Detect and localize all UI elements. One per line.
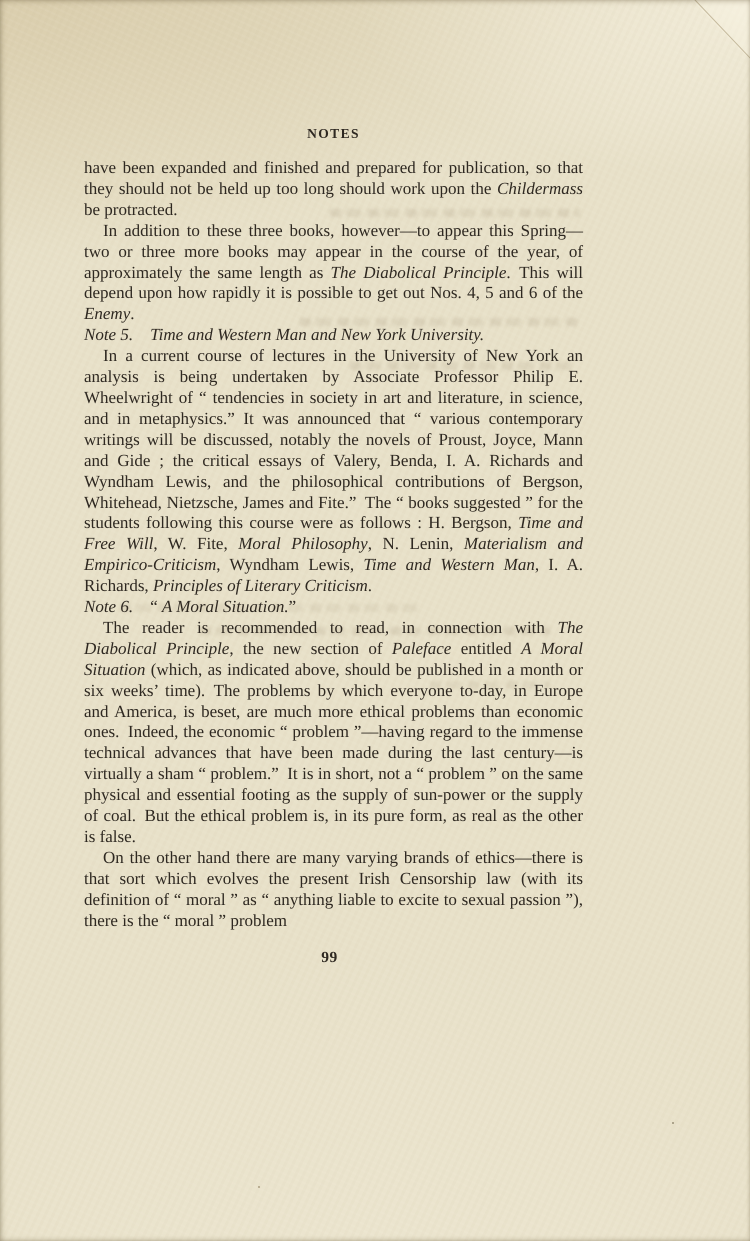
text-run: Time and Western Man: [363, 555, 534, 574]
paragraph: In a current course of lectures in the U…: [84, 346, 583, 597]
note6-body: The reader is recommended to read, in co…: [84, 618, 583, 932]
text-run: Note 5.: [84, 325, 133, 344]
text-run: Paleface: [392, 639, 451, 658]
text-run: .: [368, 576, 372, 595]
text-run: , W. Fite,: [153, 534, 238, 553]
paragraph: In addition to these three books, howeve…: [84, 221, 583, 326]
text-run: A Moral Situation.: [162, 597, 289, 616]
paragraph: have been expanded and finished and prep…: [84, 158, 583, 221]
note5-heading: Note 5. Time and Western Man and New Yor…: [84, 325, 583, 346]
text-run: On the other hand there are many varying…: [84, 848, 583, 930]
text-run: Enemy: [84, 304, 130, 323]
note5-body: In a current course of lectures in the U…: [84, 346, 583, 597]
page-text-column: have been expanded and finished and prep…: [84, 158, 583, 968]
text-run: Principles of Literary Criticism: [153, 576, 368, 595]
text-run: entitled: [451, 639, 521, 658]
text-run: , N. Lenin,: [368, 534, 464, 553]
paragraph: The reader is recommended to read, in co…: [84, 618, 583, 848]
text-run: “: [133, 597, 162, 616]
text-run: ”: [289, 597, 297, 616]
text-run: be protracted.: [84, 200, 177, 219]
page-number: 99: [84, 948, 583, 969]
text-run: The Diabolical Principle: [331, 263, 507, 282]
text-run: Note 6.: [84, 597, 133, 616]
text-run: [133, 325, 150, 344]
paper-speck: [258, 1186, 260, 1188]
text-run: .: [130, 304, 134, 323]
text-run: Moral Philosophy: [238, 534, 368, 553]
page-corner-fold: [692, 0, 750, 60]
running-head: NOTES: [84, 126, 583, 142]
text-run: Time and Western Man and New York Univer…: [150, 325, 484, 344]
paper-speck: [672, 1122, 674, 1124]
note6-heading: Note 6. “ A Moral Situation.”: [84, 597, 583, 618]
text-run: (which, as indicated above, should be pu…: [84, 660, 583, 846]
text-run: The reader is recommended to read, in co…: [103, 618, 558, 637]
paragraph: On the other hand there are many varying…: [84, 848, 583, 932]
text-run: , Wyndham Lewis,: [216, 555, 363, 574]
text-run: In a current course of lectures in the U…: [84, 346, 583, 532]
text-run: , the new section of: [229, 639, 392, 658]
text-run: Childermass: [497, 179, 583, 198]
book-page-scan: NOTES have been expanded and finished an…: [0, 0, 750, 1241]
intro-continuation-text: have been expanded and finished and prep…: [84, 158, 583, 325]
